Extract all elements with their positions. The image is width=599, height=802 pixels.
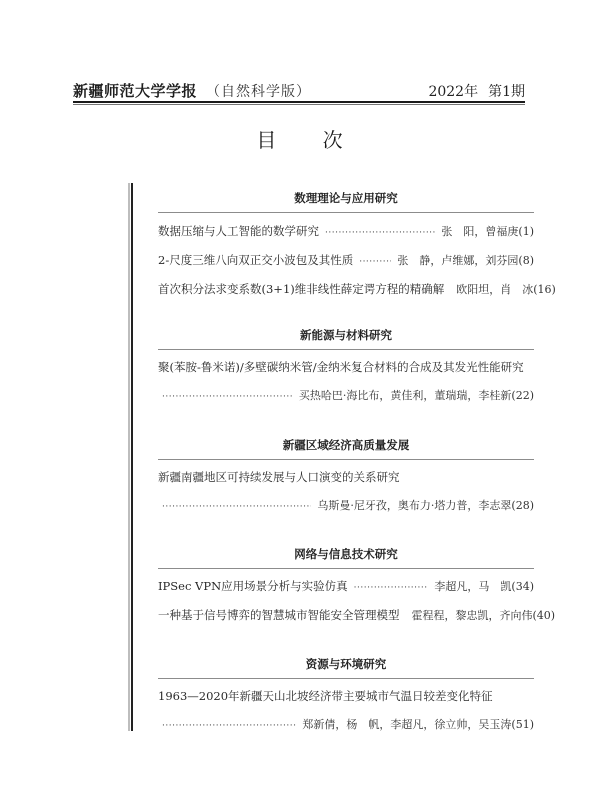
article-authors: 张 静，卢维娜，刘芬园 xyxy=(397,253,518,269)
article-authors: 郑新倩，杨 帆，李超凡，徐立帅，吴玉涛 xyxy=(302,717,511,733)
toc-entry[interactable]: 1963—2020年新疆天山北坡经济带主要城市气温日较差变化特征 xyxy=(158,688,534,704)
article-page: (22) xyxy=(511,388,534,404)
toc-entry[interactable]: IPSec VPN应用场景分析与实验仿真 李超凡，马 凯(34) xyxy=(158,578,534,594)
article-authors: 欧阳坦，肖 冰 xyxy=(456,282,533,298)
toc-entry-continuation: 乌斯曼·尼牙孜，奥布力·塔力普，李志翠(28) xyxy=(158,498,534,514)
leader-dots xyxy=(354,580,429,596)
toc-title: 目 次 xyxy=(0,124,599,153)
article-authors: 霍程程，黎忠凯，齐向伟 xyxy=(412,608,533,624)
section-rule xyxy=(158,678,534,679)
section-title: 资源与环境研究 xyxy=(158,656,534,672)
toc-section: 资源与环境研究 1963—2020年新疆天山北坡经济带主要城市气温日较差变化特征… xyxy=(158,656,534,733)
leader-dots xyxy=(162,499,311,515)
article-title[interactable]: 2-尺度三维八向双正交小波包及其性质 xyxy=(158,252,353,268)
journal-edition: （自然科学版） xyxy=(206,81,311,101)
journal-name: 新疆师范大学学报 xyxy=(73,80,197,101)
section-rule xyxy=(158,459,534,460)
article-title[interactable]: 聚(苯胺-鲁米诺)/多壁碳纳米管/金纳米复合材料的合成及其发光性能研究 xyxy=(158,359,524,375)
toc-entry-continuation: 郑新倩，杨 帆，李超凡，徐立帅，吴玉涛(51) xyxy=(158,717,534,733)
leader-dots xyxy=(325,225,435,241)
section-title: 新疆区域经济高质量发展 xyxy=(158,437,534,453)
article-page: (16) xyxy=(533,282,556,298)
toc-entry[interactable]: 聚(苯胺-鲁米诺)/多壁碳纳米管/金纳米复合材料的合成及其发光性能研究 xyxy=(158,359,534,375)
header-rule-thin xyxy=(73,104,525,105)
article-title[interactable]: 首次积分法求变系数(3+1)维非线性薛定谔方程的精确解 xyxy=(158,281,444,297)
article-title[interactable]: IPSec VPN应用场景分析与实验仿真 xyxy=(158,578,348,594)
toc-section: 数理理论与应用研究 数据压缩与人工智能的数学研究 张 阳，曾福庚(1) 2-尺度… xyxy=(158,190,534,297)
section-rule xyxy=(158,349,534,350)
article-title[interactable]: 新疆南疆地区可持续发展与人口演变的关系研究 xyxy=(158,469,400,485)
issue-year: 2022年 xyxy=(428,84,478,100)
article-title[interactable]: 1963—2020年新疆天山北坡经济带主要城市气温日较差变化特征 xyxy=(158,688,493,704)
leader-dots xyxy=(162,389,293,405)
article-page: (1) xyxy=(518,224,534,240)
section-title: 新能源与材料研究 xyxy=(158,327,534,343)
journal-header: 新疆师范大学学报 （自然科学版） 2022年第1期 xyxy=(73,80,525,100)
article-page: (40) xyxy=(533,608,556,624)
article-authors: 乌斯曼·尼牙孜，奥布力·塔力普，李志翠 xyxy=(317,498,511,514)
article-page: (8) xyxy=(518,253,534,269)
toc-entry[interactable]: 2-尺度三维八向双正交小波包及其性质 张 静，卢维娜，刘芬园(8) xyxy=(158,252,534,268)
toc-entry[interactable]: 新疆南疆地区可持续发展与人口演变的关系研究 xyxy=(158,469,534,485)
article-page: (28) xyxy=(511,498,534,514)
leader-dots xyxy=(162,718,296,734)
toc-section: 新能源与材料研究 聚(苯胺-鲁米诺)/多壁碳纳米管/金纳米复合材料的合成及其发光… xyxy=(158,327,534,404)
issue-info: 2022年第1期 xyxy=(428,81,525,101)
article-page: (34) xyxy=(511,579,534,595)
toc-entry-continuation: 买热哈巴·海比布，黄佳利，董瑞瑞，李桂新(22) xyxy=(158,388,534,404)
toc-section: 新疆区域经济高质量发展 新疆南疆地区可持续发展与人口演变的关系研究 乌斯曼·尼牙… xyxy=(158,437,534,514)
toc-entry[interactable]: 一种基于信号博弈的智慧城市智能安全管理模型 霍程程，黎忠凯，齐向伟(40) xyxy=(158,607,534,623)
article-title[interactable]: 一种基于信号博弈的智慧城市智能安全管理模型 xyxy=(158,607,400,623)
leader-dots xyxy=(359,254,391,270)
margin-bar-light xyxy=(128,183,130,731)
issue-number: 第1期 xyxy=(488,84,525,100)
header-rule-thick xyxy=(73,101,525,103)
margin-bar-dark xyxy=(131,183,133,731)
article-page: (51) xyxy=(511,717,534,733)
article-authors: 张 阳，曾福庚 xyxy=(441,224,518,240)
article-title[interactable]: 数据压缩与人工智能的数学研究 xyxy=(158,223,319,239)
section-rule xyxy=(158,212,534,213)
toc-entry[interactable]: 数据压缩与人工智能的数学研究 张 阳，曾福庚(1) xyxy=(158,223,534,239)
article-authors: 李超凡，马 凯 xyxy=(434,579,511,595)
article-authors: 买热哈巴·海比布，黄佳利，董瑞瑞，李桂新 xyxy=(299,388,512,404)
toc-section: 网络与信息技术研究 IPSec VPN应用场景分析与实验仿真 李超凡，马 凯(3… xyxy=(158,546,534,623)
section-title: 数理理论与应用研究 xyxy=(158,190,534,206)
section-title: 网络与信息技术研究 xyxy=(158,546,534,562)
section-rule xyxy=(158,568,534,569)
toc-entry[interactable]: 首次积分法求变系数(3+1)维非线性薛定谔方程的精确解 欧阳坦，肖 冰(16) xyxy=(158,281,534,297)
